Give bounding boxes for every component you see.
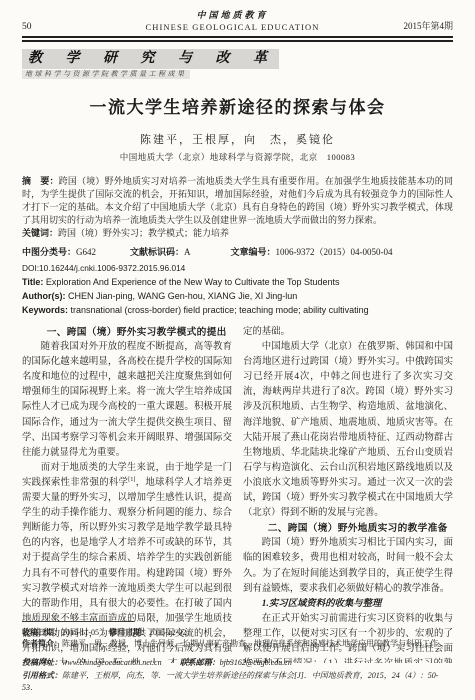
keywords-label: 关键词： bbox=[22, 228, 58, 238]
doc-code-value: A bbox=[184, 247, 191, 257]
authors-line: 陈建平，王根厚，向 杰，奚镜伦 bbox=[22, 131, 453, 147]
paragraph-right-2: 跨国（境）野外地质实习相比于国内实习，面临的困难较多，费用也相对较高，时间一般不… bbox=[243, 536, 453, 596]
clc-value: G642 bbox=[76, 247, 96, 257]
authors-en-text: CHEN Jian-ping, WANG Gen-hou, XIANG Jie,… bbox=[66, 291, 298, 301]
authors-en-label: Author(s): bbox=[22, 291, 66, 301]
keywords-en-label: Keywords: bbox=[22, 305, 68, 315]
title-en-line: Title: Exploration And Experience of the… bbox=[22, 277, 453, 287]
author-bio-line: 作者简介：陈建平，男，教授，博士生导师，长期从事矿产勘查、地理信息系统和遥感技术… bbox=[22, 638, 453, 650]
issue-label: 2015年第4期 bbox=[373, 19, 453, 32]
article-id-item: 文章编号：1006-9372（2015）04-0050-04 bbox=[231, 245, 393, 258]
footnote-block: 收稿日期：2015-11-05 ；修回日期：2015-12-02。 作者简介：陈… bbox=[22, 621, 453, 694]
section-heading-2: 二、跨国（境）野外地质实习的教学准备 bbox=[243, 521, 453, 536]
banner-subtitle: 地球科学与资源学院教学质量工程成果 bbox=[22, 70, 190, 79]
banner-title: 教 学 研 究 与 改 革 bbox=[22, 49, 279, 69]
clc-label: 中图分类号： bbox=[22, 247, 76, 257]
received-date-line: 收稿日期：2015-11-05 ；修回日期：2015-12-02。 bbox=[22, 627, 453, 639]
bio-label: 作者简介： bbox=[22, 639, 62, 648]
email-address: bjb3162@cugb.edu.cn bbox=[220, 658, 292, 667]
abstract-label: 摘 要： bbox=[22, 176, 59, 186]
section-heading-1: 一、跨国（境）野外实习教学模式的提出 bbox=[22, 325, 232, 340]
keywords-text: 跨国（境）野外实习；教学模式；能力培养 bbox=[58, 228, 229, 238]
revised-label: 修回日期： bbox=[109, 628, 149, 637]
received-value: 2015-11-05 ； bbox=[62, 628, 109, 637]
submission-website-line: 投稿网址：www.chinageoeducation.net.cn联系邮箱：bj… bbox=[22, 657, 453, 669]
doc-code-item: 文献标识码：A bbox=[130, 245, 191, 258]
website-url: www.chinageoeducation.net.cn bbox=[62, 658, 162, 667]
article-id-label: 文章编号： bbox=[231, 247, 276, 257]
doc-code-label: 文献标识码： bbox=[130, 247, 184, 257]
classification-line: 中图分类号：G642 文献标识码：A 文章编号：1006-9372（2015）0… bbox=[22, 245, 453, 258]
journal-title-cn: 中国地质教育 bbox=[92, 8, 373, 21]
paragraph-left-1: 随着我国对外开放的程度不断提高，高等教育的国际化越来越明显，各高校在提升学校的国… bbox=[22, 340, 232, 461]
citation-line: 引用格式：陈建平，王根厚，向杰，等．一流大学生培养新途径的探索与体会[J]．中国… bbox=[22, 670, 453, 693]
left-column: 一、跨国（境）野外实习教学模式的提出 随着我国对外开放的程度不断提高，高等教育的… bbox=[22, 325, 232, 663]
page-header: 50 中国地质教育 CHINESE GEOLOGICAL EDUCATION 2… bbox=[22, 8, 453, 32]
keywords-en-text: transnational (cross-border) field pract… bbox=[68, 305, 369, 315]
journal-masthead: 中国地质教育 CHINESE GEOLOGICAL EDUCATION bbox=[92, 8, 373, 32]
affiliation-line: 中国地质大学（北京）地球科学与资源学院，北京 100083 bbox=[22, 151, 453, 163]
article-id-value: 1006-9372（2015）04-0050-04 bbox=[276, 247, 393, 257]
abstract-block: 摘 要：跨国（境）野外地质实习对培养一流地质类大学生具有重要作用。在加强学生地质… bbox=[22, 175, 453, 227]
abstract-text: 跨国（境）野外地质实习对培养一流地质类大学生具有重要作用。在加强学生地质技能基本… bbox=[22, 176, 453, 225]
header-rule-bottom bbox=[22, 40, 453, 42]
journal-title-en: CHINESE GEOLOGICAL EDUCATION bbox=[92, 22, 373, 32]
article-title: 一流大学生培养新途径的探索与体会 bbox=[22, 93, 453, 118]
bio-text: 陈建平，男，教授，博士生导师，长期从事矿产勘查、地理信息系统和遥感技术地学应用的… bbox=[62, 639, 446, 648]
title-en-text: Exploration And Experience of the New Wa… bbox=[43, 277, 339, 287]
citation-label: 引用格式： bbox=[22, 671, 62, 680]
footnote-rule bbox=[22, 621, 134, 622]
revised-value: 2015-12-02。 bbox=[149, 628, 194, 637]
title-en-label: Title: bbox=[22, 277, 43, 287]
keywords-en-line: Keywords: transnational (cross-border) f… bbox=[22, 305, 453, 315]
journal-page: 50 中国地质教育 CHINESE GEOLOGICAL EDUCATION 2… bbox=[0, 0, 475, 700]
header-rule-top bbox=[22, 36, 453, 38]
paragraph-right-0: 定的基础。 bbox=[243, 325, 453, 340]
page-number: 50 bbox=[22, 22, 92, 32]
section-banner: 教 学 研 究 与 改 革 地球科学与资源学院教学质量工程成果 bbox=[22, 49, 453, 79]
authors-en-line: Author(s): CHEN Jian-ping, WANG Gen-hou,… bbox=[22, 291, 453, 301]
received-label: 收稿日期： bbox=[22, 628, 62, 637]
subsection-heading-1: 1.实习区域资料的收集与整理 bbox=[243, 597, 453, 612]
clc-item: 中图分类号：G642 bbox=[22, 245, 96, 258]
right-column: 定的基础。 中国地质大学（北京）在俄罗斯、韩国和中国台湾地区进行过跨国（境）野外… bbox=[243, 325, 453, 663]
email-label: 联系邮箱： bbox=[180, 658, 220, 667]
body-columns: 一、跨国（境）野外实习教学模式的提出 随着我国对外开放的程度不断提高，高等教育的… bbox=[22, 325, 453, 663]
citation-text: 陈建平，王根厚，向杰，等．一流大学生培养新途径的探索与体会[J]．中国地质教育，… bbox=[22, 671, 438, 692]
keywords-line: 关键词：跨国（境）野外实习；教学模式；能力培养 bbox=[22, 227, 453, 240]
website-label: 投稿网址： bbox=[22, 658, 62, 667]
doi-line: DOI:10.16244/j.cnki.1006-9372.2015.96.01… bbox=[22, 263, 453, 273]
paragraph-right-1: 中国地质大学（北京）在俄罗斯、韩国和中国台湾地区进行过跨国（境）野外实习。中俄跨… bbox=[243, 340, 453, 521]
